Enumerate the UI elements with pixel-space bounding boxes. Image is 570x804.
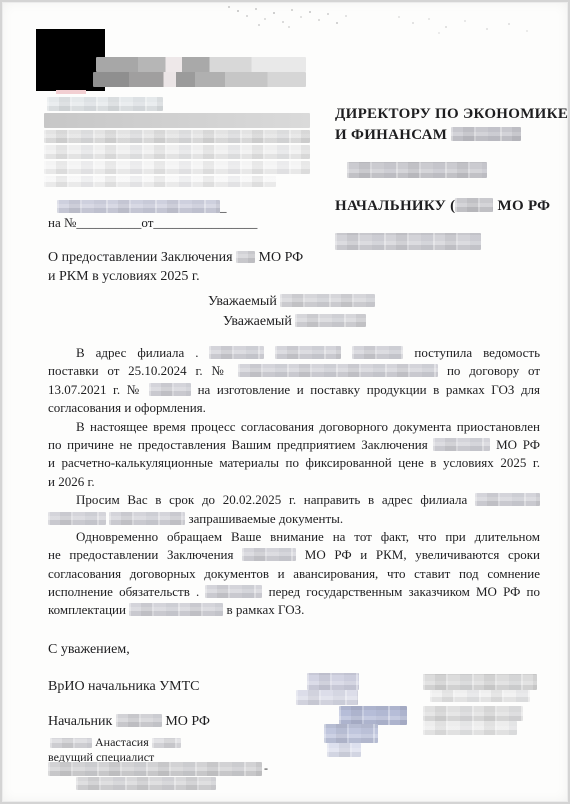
underscore: _: [220, 199, 227, 214]
recipient-director-block: ДИРЕКТОРУ ПО ЭКОНОМИКЕ И ФИНАНСАМ: [335, 104, 568, 146]
contact-info-redaction: [76, 777, 216, 790]
signature-1-stamp-redaction: [430, 690, 530, 702]
redacted-text: [48, 512, 106, 525]
redacted-text: [242, 548, 296, 561]
greeting-text: Уважаемый: [223, 314, 292, 329]
body-line: исполнение обязательств . перед государс…: [48, 583, 540, 601]
letterhead-line-redaction: [44, 176, 276, 187]
letterhead-line-redaction: [44, 113, 310, 128]
body-line: по причине не предоставления Вашим предп…: [48, 436, 540, 454]
letterhead-title-redaction: [96, 57, 306, 72]
scan-noise: [398, 16, 400, 18]
redacted-text: [352, 346, 403, 359]
signature-2-redaction: [327, 743, 361, 757]
signature-1-stamp-redaction: [423, 674, 537, 690]
addressee-name-redaction: [295, 314, 366, 327]
signature-2-redaction: [339, 706, 407, 725]
unit-number-redaction: [116, 714, 162, 727]
body-line: поставки от 25.10.2024 г. № по договору …: [48, 362, 540, 380]
signer-text: Начальник: [48, 714, 112, 729]
signature-2-redaction: [324, 724, 378, 743]
recipient-text: ДИРЕКТОРУ ПО ЭКОНОМИКЕ: [335, 106, 568, 122]
body-text: не предоставлении Заключения: [48, 547, 233, 562]
addressee-name-redaction: [280, 294, 375, 307]
signature-1-redaction: [307, 673, 359, 690]
contact-info-redaction: [48, 762, 262, 776]
body-text: по договору от: [447, 363, 540, 378]
executor-name-row: Анастасия: [50, 735, 181, 750]
body-line: комплектации в рамках ГОЗ.: [48, 601, 540, 619]
letter-body: В адрес филиала . поступила ведомостьпос…: [48, 344, 540, 620]
subject-redaction: [236, 251, 255, 263]
letterhead-title-redaction: [93, 72, 306, 87]
dash-mark: -: [264, 761, 268, 776]
subject-text: МО РФ: [259, 250, 304, 265]
redacted-text: [149, 383, 191, 396]
body-text: МО РФ: [496, 437, 540, 452]
body-text: согласования и оформления.: [48, 400, 206, 415]
body-text: исполнение обязательств .: [48, 584, 199, 599]
greeting-text: Уважаемый: [208, 294, 277, 309]
letter-page: _ на №__________от________________ ДИРЕК…: [0, 0, 570, 804]
body-text: поставки от 25.10.2024 г. №: [48, 363, 229, 378]
redacted-text: [205, 585, 262, 598]
redacted-text: [209, 346, 264, 359]
subject-line: и РКМ в условиях 2025 г.: [48, 267, 303, 286]
body-line: Просим Вас в срок до 20.02.2025 г. напра…: [48, 491, 540, 509]
outgoing-number-row: _: [57, 199, 227, 215]
body-line: согласования договорных документов и ава…: [48, 565, 540, 583]
body-line: и расчетно-калькуляционные материалы по …: [48, 454, 540, 472]
body-text: и расчетно-калькуляционные материалы по …: [48, 455, 540, 470]
recipient-chief-line: НАЧАЛЬНИКУ ( МО РФ: [335, 196, 550, 217]
body-text: в рамках ГОЗ.: [226, 602, 304, 617]
body-text: и 2026 г.: [48, 474, 95, 489]
body-text: В адрес филиала .: [76, 345, 199, 360]
redacted-text: [109, 512, 185, 525]
signer-text: МО РФ: [165, 714, 210, 729]
body-line: В настоящее время процесс согласования д…: [48, 418, 540, 436]
letterhead-line-redaction: [44, 161, 310, 174]
body-text: комплектации: [48, 602, 126, 617]
body-line: В адрес филиала . поступила ведомость: [48, 344, 540, 362]
recipient-org-redaction: [347, 162, 487, 178]
subject-line: О предоставлении Заключения МО РФ: [48, 248, 303, 267]
body-text: В настоящее время процесс согласования д…: [76, 419, 540, 434]
redacted-text: [238, 364, 438, 377]
subject-block: О предоставлении Заключения МО РФ и РКМ …: [48, 248, 303, 286]
body-line: 13.07.2021 г. № на изготовление и постав…: [48, 381, 540, 399]
body-line: и 2026 г.: [48, 473, 540, 491]
signature-1-redaction: [296, 690, 358, 705]
outgoing-number-redaction: [57, 200, 220, 213]
redacted-text: [433, 438, 490, 451]
redacted-text: [475, 493, 540, 506]
body-text: на изготовление и поставку продукции в р…: [198, 382, 540, 397]
body-text: 13.07.2021 г. №: [48, 382, 142, 397]
subject-text: О предоставлении Заключения: [48, 250, 233, 265]
greeting-line: Уважаемый: [223, 314, 366, 330]
logo-color-remnant: [56, 90, 86, 94]
letterhead-line-redaction: [44, 145, 310, 159]
recipient-name-redaction: [451, 127, 521, 141]
recipient-text: НАЧАЛЬНИКУ (: [335, 198, 455, 214]
body-line: запрашиваемые документы.: [48, 510, 540, 528]
signer-title-1: ВрИО начальника УМТС: [48, 679, 200, 695]
patronymic-redaction: [152, 738, 181, 748]
body-line: не предоставлении Заключения МО РФ и РКМ…: [48, 546, 540, 564]
signature-2-stamp-redaction: [423, 721, 517, 735]
signature-2-stamp-redaction: [423, 706, 523, 721]
executor-first-name: Анастасия: [95, 735, 149, 749]
recipient-line: ДИРЕКТОРУ ПО ЭКОНОМИКЕ: [335, 104, 568, 125]
body-line: согласования и оформления.: [48, 399, 540, 417]
signer-title-2: Начальник МО РФ: [48, 714, 210, 730]
letterhead-line-redaction: [47, 97, 163, 111]
scan-noise: [228, 6, 230, 8]
body-text: МО РФ и РКМ, увеличиваются сроки: [305, 547, 540, 562]
greeting-line: Уважаемый: [208, 294, 375, 310]
letterhead-line-redaction: [44, 130, 310, 143]
redacted-text: [129, 603, 223, 616]
body-line: Одновременно обращаем Ваше внимание на т…: [48, 528, 540, 546]
recipient-line: И ФИНАНСАМ: [335, 125, 568, 146]
recipient-name-redaction: [335, 233, 481, 250]
surname-redaction: [50, 738, 92, 748]
body-text: по причине не предоставления Вашим предп…: [48, 437, 428, 452]
reference-line: на №__________от________________: [48, 215, 257, 231]
recipient-text: МО РФ: [497, 198, 550, 214]
body-text: запрашиваемые документы.: [189, 511, 344, 526]
recipient-text: И ФИНАНСАМ: [335, 127, 447, 143]
body-text: согласования договорных документов и ава…: [48, 566, 540, 581]
body-text: Просим Вас в срок до 20.02.2025 г. напра…: [76, 492, 467, 507]
closing-regards: С уважением,: [48, 642, 130, 658]
body-text: Одновременно обращаем Ваше внимание на т…: [76, 529, 540, 544]
body-text: поступила ведомость: [414, 345, 540, 360]
redacted-text: [275, 346, 341, 359]
unit-number-redaction: [455, 198, 493, 212]
body-text: перед государственным заказчиком МО РФ п…: [269, 584, 540, 599]
